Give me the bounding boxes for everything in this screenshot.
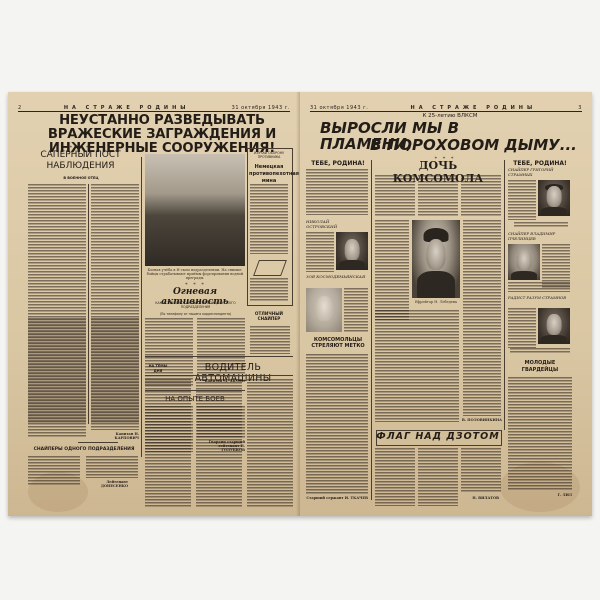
right-page-number: 3 xyxy=(578,105,582,111)
soldiers-training-photo xyxy=(145,154,245,266)
rubric-topics-of-day: НА ТЕМЫ ДНЯ xyxy=(145,364,171,373)
left-page: 2 НА СТРАЖЕ РОДИНЫ 31 октября 1943 г. НЕ… xyxy=(8,92,300,516)
portrait-ostrovsky xyxy=(336,232,368,270)
article-body-column xyxy=(306,169,368,215)
article-body-column xyxy=(461,175,501,217)
left-running-head: 2 НА СТРАЖЕ РОДИНЫ 31 октября 1943 г. xyxy=(18,102,290,112)
article-body-column xyxy=(375,220,409,320)
left-page-number: 2 xyxy=(18,105,22,111)
newspaper-spread: 2 НА СТРАЖЕ РОДИНЫ 31 октября 1943 г. НЕ… xyxy=(8,92,592,516)
article-body-column xyxy=(418,175,458,217)
article-body-column xyxy=(306,232,334,272)
article-body-column xyxy=(508,180,536,220)
article-body-column xyxy=(508,282,570,292)
sidebar-body xyxy=(250,278,288,302)
right-column-title: ТЕБЕ, РОДИНА! xyxy=(508,160,572,167)
article-body-column xyxy=(463,220,501,416)
article-body-column xyxy=(508,308,536,348)
article-title-young-guards: МОЛОДЫЕ ГВАРДЕЙЦЫ xyxy=(512,360,568,373)
photo-caption: Боевая учёба в Н-ском подразделении. На … xyxy=(145,268,245,280)
article-body-column xyxy=(28,318,86,438)
right-masthead: НА СТРАЖЕ РОДИНЫ xyxy=(411,105,537,111)
signature-snipers: Лейтенант ДОНЕСЕНКО xyxy=(86,480,128,488)
article-title-snipers: СНАЙПЕРЫ ОДНОГО ПОДРАЗДЕЛЕНИЯ xyxy=(28,447,140,452)
portrait-stramnykh xyxy=(538,180,570,216)
right-page: 31 октября 1943 г. НА СТРАЖЕ РОДИНЫ 3 К … xyxy=(300,92,592,516)
sidebar-body xyxy=(250,326,290,354)
signature-young-guards: Г. ЛИЛ xyxy=(508,493,572,497)
article-body-column xyxy=(375,448,415,506)
article-subtitle-fire-activity: КАК ИСТРЕБЛЯЮТ ФАШИСТОВ БОЙЦЫ Н-СКОГО ПО… xyxy=(148,301,243,309)
komsomol-girl-caption: Ефрейтор Н. Лебедева xyxy=(412,300,460,304)
portrait-pchelintsev xyxy=(508,244,540,280)
article-body-column xyxy=(514,222,568,228)
sidebar-subtitle: ОТЛИЧНЫЙ СНАЙПЕР xyxy=(249,311,289,322)
article-title-flag-over-dzot: ФЛАГ НАД ДЗОТОМ xyxy=(376,431,500,442)
portrait-komsomol-girl xyxy=(412,220,460,298)
name-pchelintsev: СНАЙПЕР ВЛАДИМИР ПЧЕЛИНЦЕВ xyxy=(508,232,572,242)
article-body-column xyxy=(375,175,415,217)
article-body-column xyxy=(247,379,293,507)
article-body-column xyxy=(508,377,572,491)
sidebar-rubric: ИЗУЧАЙ ОБОРОНУ ПРОТИВНИКА xyxy=(249,151,289,159)
right-date: 31 октября 1943 г. xyxy=(310,105,368,111)
name-kosmodemyanskaya: ЗОЯ КОСМОДЕМЬЯНСКАЯ xyxy=(306,274,368,279)
article-body-column xyxy=(418,448,458,506)
right-running-head: 31 октября 1943 г. НА СТРАЖЕ РОДИНЫ 3 xyxy=(310,102,582,112)
portrait-stramnov xyxy=(538,308,570,344)
mine-diagram xyxy=(253,260,287,276)
article-body-column xyxy=(344,288,368,332)
article-body-column xyxy=(196,379,242,507)
left-column-title: ТЕБЕ, РОДИНА! xyxy=(306,160,370,167)
article-body-column xyxy=(28,456,80,486)
portrait-kosmodemyanskaya xyxy=(306,288,342,332)
left-date: 31 октября 1943 г. xyxy=(232,105,290,111)
article-body-column xyxy=(461,448,501,492)
article-note-fire-activity: (По телефону от нашего корреспондента) xyxy=(148,312,243,316)
right-main-headline-line2: В ПОРОХОВОМ ДЫМУ... xyxy=(370,138,590,154)
article-body-column xyxy=(510,348,570,353)
name-stramnykh: СНАЙПЕР ГРИГОРИЙ СТРАМНЫХ xyxy=(508,168,572,178)
signature-komsomol-shoot: Старший сержант И. ТКАЧЕВ xyxy=(306,496,368,500)
article-body-column xyxy=(86,456,138,478)
article-body-column xyxy=(375,310,459,422)
sidebar-body xyxy=(250,184,288,254)
name-stramnov: РАДИСТ РАЗУМ СТРАМНОВ xyxy=(508,296,572,301)
article-body-column xyxy=(91,318,139,430)
article-title-komsomol-shoot: КОМСОМОЛЬЦЫ СТРЕЛЯЮТ МЕТКО xyxy=(310,337,366,349)
sidebar-title: Немецкая противопехотная мина xyxy=(249,164,289,185)
article-title-saper-post: САПЕРНЫЙ ПОСТ НАБЛЮДЕНИЯ xyxy=(33,150,128,172)
signature-saper-post: Капитан Н. КАРПОВИЧ xyxy=(91,432,139,440)
signature-flag-over-dzot: Н. ВИЛАТОВ xyxy=(461,496,499,500)
article-subtitle-saper-post: В ВОЕННОЕ ОТЕЦ xyxy=(46,176,116,180)
name-ostrovsky: НИКОЛАЙ ОСТРОВСКИЙ xyxy=(306,219,346,229)
article-body-column xyxy=(145,379,191,507)
article-body-column xyxy=(306,354,368,494)
left-masthead: НА СТРАЖЕ РОДИНЫ xyxy=(64,105,190,111)
signature-daughter-komsomol: В. ПОЛОВИНКИНА xyxy=(450,418,502,422)
